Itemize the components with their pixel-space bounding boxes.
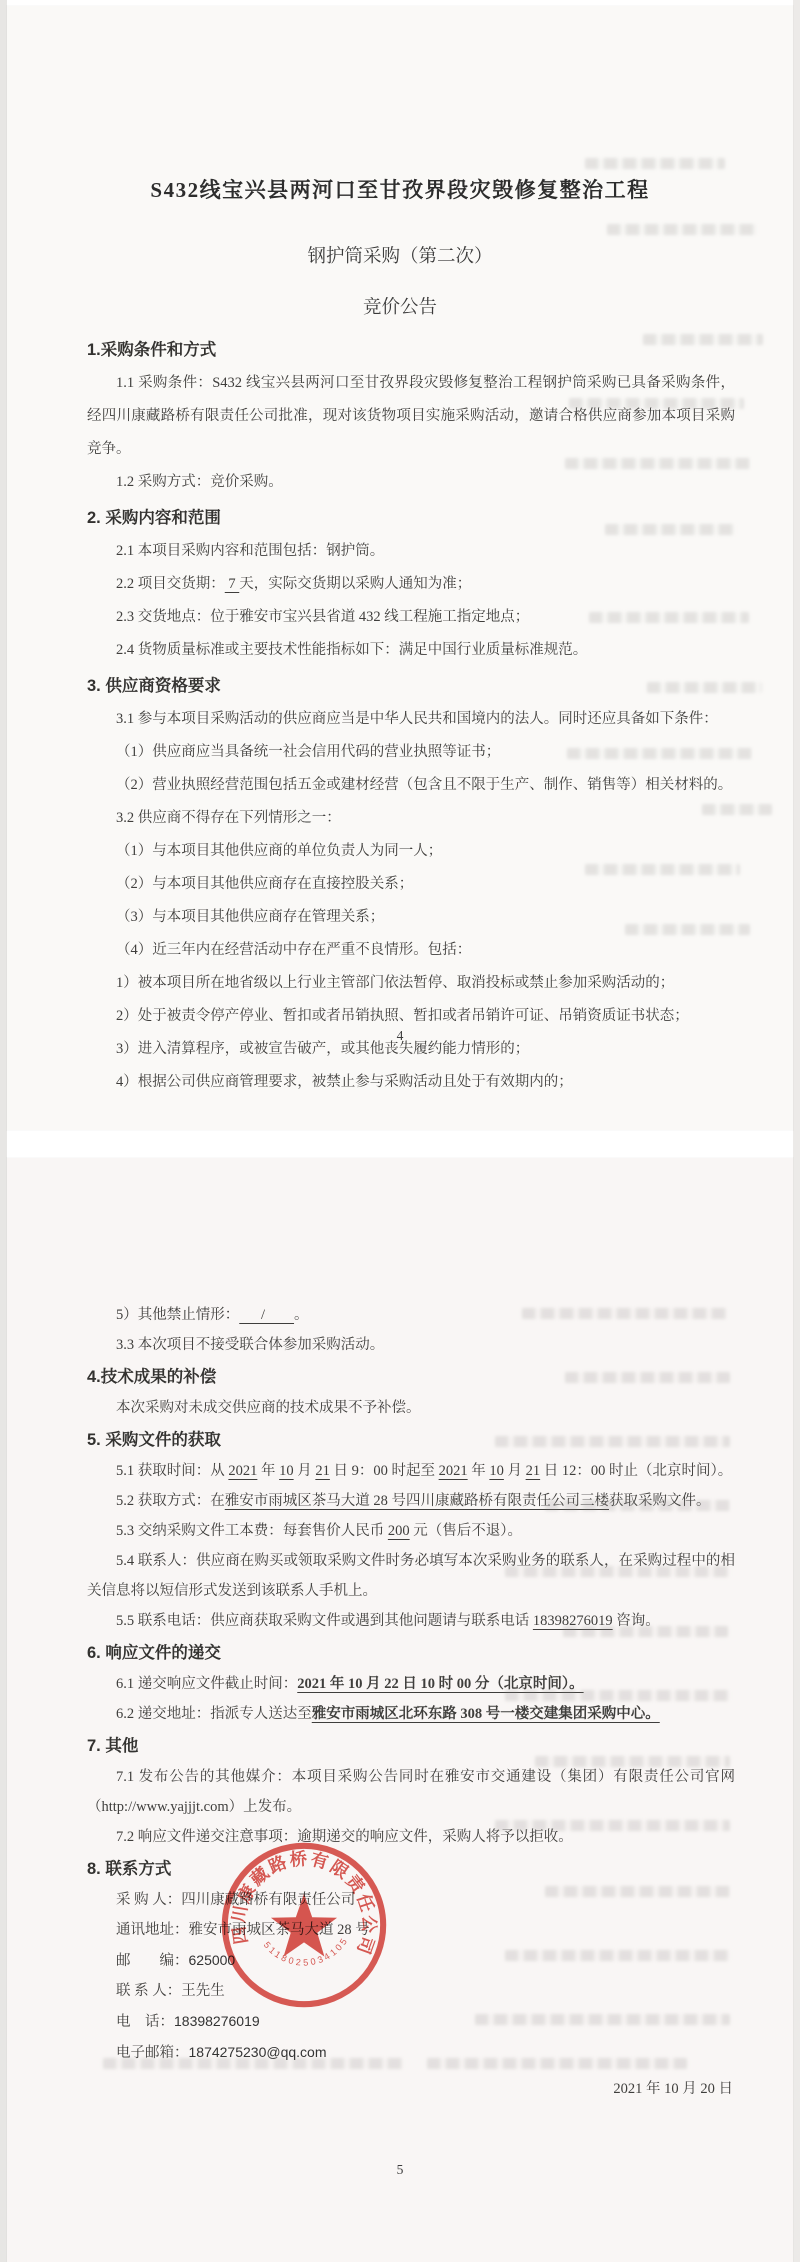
text-run: 采 购 人：四川康藏路桥有限责任公司 [116, 1892, 355, 1908]
paragraph: 联 系 人：王先生 [87, 1976, 735, 2006]
section-heading: 6. 响应文件的递交 [87, 1638, 735, 1669]
scanner-edge-right [793, 0, 800, 2262]
text-run: 7 [225, 576, 240, 592]
text-run: 5）其他禁止情形： [116, 1307, 239, 1323]
bleedthrough-artifact [565, 458, 750, 469]
section-heading: 8. 联系方式 [87, 1854, 735, 1885]
paragraph: （4）近三年内在经营活动中存在严重不良情形。包括： [87, 934, 735, 967]
text-run: 625000 [189, 1952, 236, 1968]
text-run: 6.1 递交响应文件截止时间： [116, 1676, 297, 1692]
page-1-body: 1.采购条件和方式1.1 采购条件：S432 线宝兴县两河口至甘孜界段灾毁修复整… [87, 333, 735, 1099]
text-run: 2）处于被责令停产停业、暂扣或者吊销执照、暂扣或者吊销许可证、吊销资质证书状态； [116, 1008, 689, 1024]
text-run: 2.2 项目交货期： [116, 576, 225, 592]
bleedthrough-artifact [495, 1820, 730, 1831]
text-run: 日 12：00 时止（北京时间）。 [540, 1463, 732, 1479]
text-run: 3.3 本次项目不接受联合体参加采购活动。 [116, 1337, 384, 1353]
text-run: （2）营业执照经营范围包括五金或建材经营（包含且不限于生产、制作、销售等）相关材… [116, 777, 732, 793]
text-run: 4）根据公司供应商管理要求，被禁止参与采购活动且处于有效期内的； [116, 1074, 573, 1090]
text-run: 2.4 货物质量标准或主要技术性能指标如下：满足中国行业质量标准规范。 [116, 642, 587, 658]
bleedthrough-artifact [103, 2058, 403, 2069]
bleedthrough-artifact [505, 1690, 730, 1701]
text-run: 1.1 采购条件：S432 线宝兴县两河口至甘孜界段灾毁修复整治工程钢护筒采购已… [87, 375, 735, 457]
paragraph: 4）根据公司供应商管理要求，被禁止参与采购活动且处于有效期内的； [87, 1066, 735, 1099]
paragraph: 2.2 项目交货期： 7 天，实际交货期以采购人通知为准； [87, 568, 735, 601]
text-run: 本次采购对未成交供应商的技术成果不予补偿。 [116, 1400, 421, 1416]
paragraph: 2.4 货物质量标准或主要技术性能指标如下：满足中国行业质量标准规范。 [87, 634, 735, 667]
bleedthrough-artifact [569, 398, 744, 409]
page-2-body: 5）其他禁止情形： / 。3.3 本次项目不接受联合体参加采购活动。4.技术成果… [87, 1300, 735, 2104]
bleedthrough-artifact [522, 1308, 727, 1319]
paragraph: 5.3 交纳采购文件工本费：每套售价人民币 200 元（售后不退）。 [87, 1516, 735, 1546]
text-run: 2.3 交货地点：位于雅安市宝兴县省道 432 线工程施工指定地点； [116, 609, 529, 625]
text-run: 2021 年 10 月 20 日 [613, 2081, 733, 2097]
paragraph: 1）被本项目所在地省级以上行业主管部门依法暂停、取消投标或禁止参加采购活动的； [87, 967, 735, 1000]
text-run: 8. 联系方式 [87, 1860, 171, 1878]
text-run: 10 [279, 1463, 294, 1479]
text-run: 7. 其他 [87, 1737, 138, 1755]
text-run: 1.2 采购方式：竞价采购。 [116, 474, 283, 490]
text-run: 5.3 交纳采购文件工本费：每套售价人民币 [116, 1523, 388, 1539]
document-page-2: 5）其他禁止情形： / 。3.3 本次项目不接受联合体参加采购活动。4.技术成果… [7, 1158, 793, 2262]
text-run: 月 [504, 1463, 526, 1479]
bleedthrough-artifact [563, 1626, 728, 1637]
paragraph: 3.2 供应商不得存在下列情形之一： [87, 802, 735, 835]
text-run: 3.2 供应商不得存在下列情形之一： [116, 810, 341, 826]
text-run: 2. 采购内容和范围 [87, 509, 221, 527]
paragraph: 1.2 采购方式：竞价采购。 [87, 466, 735, 499]
paragraph: 6.2 递交地址：指派专人送达至雅安市雨城区北环东路 308 号一楼交建集团采购… [87, 1699, 735, 1729]
text-run: （4）近三年内在经营活动中存在严重不良情形。包括： [116, 942, 471, 958]
text-run: 2.1 本项目采购内容和范围包括：钢护筒。 [116, 543, 384, 559]
scanner-edge-left [0, 0, 7, 2262]
text-run: 2021 [228, 1463, 257, 1479]
bleedthrough-artifact [545, 1886, 730, 1897]
bleedthrough-artifact [505, 1950, 730, 1961]
text-run: 5.2 获取方式：在 [116, 1493, 225, 1509]
bleedthrough-artifact [565, 1372, 730, 1383]
bleedthrough-artifact [585, 158, 725, 169]
text-run: 3.1 参与本项目采购活动的供应商应当是中华人民共和国境内的法人。同时还应具备如… [116, 711, 718, 727]
document-title: S432线宝兴县两河口至甘孜界段灾毁修复整治工程 [7, 6, 793, 204]
document-subtitle: 钢护筒采购（第二次） [7, 242, 793, 268]
text-run: 通讯地址：雅安市雨城区茶马大道 28 号 [116, 1922, 370, 1938]
text-run: 1.采购条件和方式 [87, 341, 216, 359]
text-run: （3）与本项目其他供应商存在管理关系； [116, 909, 384, 925]
paragraph: 3.1 参与本项目采购活动的供应商应当是中华人民共和国境内的法人。同时还应具备如… [87, 703, 735, 736]
text-run: 21 [526, 1463, 541, 1479]
bleedthrough-artifact [495, 1436, 730, 1447]
bleedthrough-artifact [625, 924, 750, 935]
text-run: 3. 供应商资格要求 [87, 677, 221, 695]
text-run: 7.1 发布公告的其他媒介：本项目采购公告同时在雅安市交通建设（集团）有限责任公… [87, 1769, 735, 1815]
text-run: 1）被本项目所在地省级以上行业主管部门依法暂停、取消投标或禁止参加采购活动的； [116, 975, 674, 991]
page-number: 4 [7, 1028, 793, 1044]
bleedthrough-artifact [607, 224, 757, 235]
text-run: 。 [294, 1307, 309, 1323]
section-heading: 3. 供应商资格要求 [87, 669, 735, 703]
paragraph: 7.1 发布公告的其他媒介：本项目采购公告同时在雅安市交通建设（集团）有限责任公… [87, 1762, 735, 1822]
text-run: 电 话： [116, 2014, 174, 2030]
bleedthrough-artifact [567, 748, 752, 759]
text-run: 5. 采购文件的获取 [87, 1431, 221, 1449]
text-run: （1）与本项目其他供应商的单位负责人为同一人； [116, 843, 442, 859]
bleedthrough-artifact [589, 612, 749, 623]
page-number: 5 [7, 2162, 793, 2178]
text-run: 6.2 递交地址：指派专人送达至 [116, 1706, 312, 1722]
text-run: （2）与本项目其他供应商存在直接控股关系； [116, 876, 413, 892]
text-run: 5.1 获取时间：从 [116, 1463, 228, 1479]
text-run: 邮 编： [116, 1953, 189, 1969]
text-run: 18398276019 [174, 2013, 260, 2029]
text-run: 年 [468, 1463, 490, 1479]
text-run: 6. 响应文件的递交 [87, 1644, 221, 1662]
bleedthrough-artifact [535, 1756, 730, 1767]
text-run: 2021 [439, 1463, 468, 1479]
text-run: 200 [388, 1523, 410, 1539]
bleedthrough-artifact [475, 2014, 730, 2025]
text-run: 10 [489, 1463, 504, 1479]
text-run: 4.技术成果的补偿 [87, 1368, 216, 1386]
text-run: 月 [294, 1463, 316, 1479]
bleedthrough-artifact [647, 682, 762, 693]
text-run: 元（售后不退）。 [410, 1523, 522, 1539]
text-run: 7.2 响应文件递交注意事项：逾期递交的响应文件，采购人将予以拒收。 [116, 1829, 573, 1845]
paragraph: 3.3 本次项目不接受联合体参加采购活动。 [87, 1330, 735, 1360]
text-run: 5.5 联系电话：供应商获取采购文件或遇到其他问题请与联系电话 [116, 1613, 533, 1629]
text-run: 联 系 人：王先生 [116, 1983, 225, 1999]
paragraph: 2.1 本项目采购内容和范围包括：钢护筒。 [87, 535, 735, 568]
text-run: （1）供应商应当具备统一社会信用代码的营业执照等证书； [116, 744, 500, 760]
text-run: 年 [257, 1463, 279, 1479]
scanned-document: S432线宝兴县两河口至甘孜界段灾毁修复整治工程 钢护筒采购（第二次） 竞价公告… [0, 0, 800, 2262]
bleedthrough-artifact [505, 1566, 730, 1577]
text-run: 雅安市雨城区北环东路 308 号一楼交建集团采购中心。 [312, 1706, 660, 1722]
document-page-1: S432线宝兴县两河口至甘孜界段灾毁修复整治工程 钢护筒采购（第二次） 竞价公告… [7, 6, 793, 1130]
text-run: 日 9：00 时起至 [330, 1463, 439, 1479]
paragraph: 通讯地址：雅安市雨城区茶马大道 28 号 [87, 1915, 735, 1945]
notice-type: 竞价公告 [7, 293, 793, 319]
section-heading: 1.采购条件和方式 [87, 333, 735, 367]
bleedthrough-artifact [702, 804, 772, 815]
bleedthrough-artifact [545, 1500, 730, 1511]
date-line: 2021 年 10 月 20 日 [87, 2074, 735, 2104]
bleedthrough-artifact [585, 864, 740, 875]
text-run: 天，实际交货期以采购人通知为准； [239, 576, 471, 592]
bleedthrough-artifact [643, 334, 763, 345]
paragraph: 5.1 获取时间：从 2021 年 10 月 21 日 9：00 时起至 202… [87, 1456, 735, 1486]
paragraph: 本次采购对未成交供应商的技术成果不予补偿。 [87, 1393, 735, 1423]
paragraph: 1.1 采购条件：S432 线宝兴县两河口至甘孜界段灾毁修复整治工程钢护筒采购已… [87, 367, 735, 466]
text-run: / [239, 1307, 294, 1323]
bleedthrough-artifact [605, 524, 735, 535]
text-run: 21 [315, 1463, 330, 1479]
bleedthrough-artifact [427, 2058, 687, 2069]
paragraph: （2）营业执照经营范围包括五金或建材经营（包含且不限于生产、制作、销售等）相关材… [87, 769, 735, 802]
